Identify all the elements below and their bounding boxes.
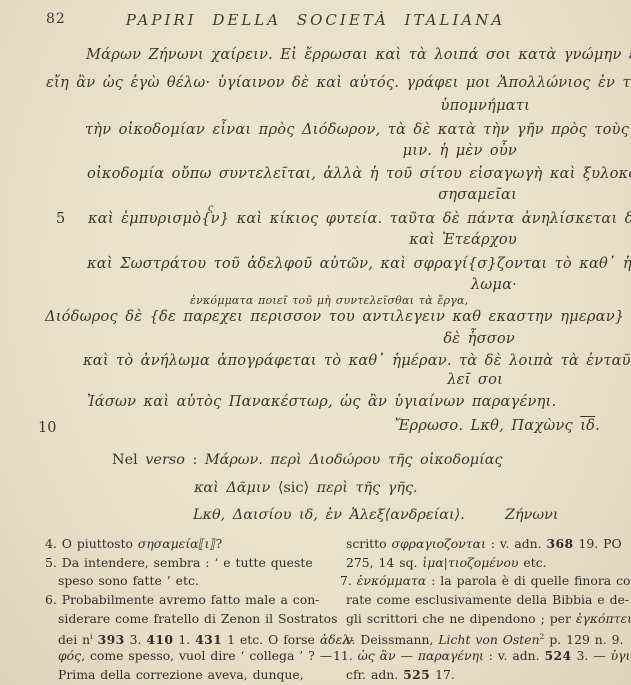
line-number-10: 10 xyxy=(38,420,56,436)
verso-greek: περὶ τῆς γῆς. xyxy=(309,480,418,496)
greek-continuation: ὑπομνήματι xyxy=(441,97,530,114)
greek-text-line: τὴν οἰκοδομίαν εἶναι πρὸς Διόδωρον, τὰ δ… xyxy=(85,121,631,138)
text-segment: Prima della correzione aveva, dunque, xyxy=(58,667,304,682)
text-segment: : v. adn. xyxy=(486,536,547,551)
greek-text-line: Μάρων Ζήνωνι χαίρειν. Εἰ ἔρρωσαι καὶ τὰ … xyxy=(86,46,631,63)
text-segment: 7. xyxy=(340,573,352,588)
text-segment: Da intendere, sembra : ‘ e tutte queste xyxy=(57,555,313,570)
footnote-line: Prima della correzione aveva, dunque, xyxy=(45,666,337,685)
text-segment: gli scrittori che ne dipendono ; per xyxy=(346,611,576,626)
text-segment: scritto xyxy=(346,536,392,551)
footnotes-right-column: scritto σφραγιοζονται : v. adn. 368 19. … xyxy=(333,535,603,685)
interlinear-correction: ἐνκόμματα ποιεῖ τοῦ μὴ συντελεῖσθαι τὰ ἔ… xyxy=(190,294,468,307)
text-segment: ἱμα|τιοζομένου xyxy=(422,555,518,570)
greek-text-segment: . xyxy=(595,417,600,434)
greek-text-line: καὶ ἐμπυρισμὸ{νς} καὶ κίκιος φυτεία. ταῦ… xyxy=(88,210,631,227)
greek-text-line: καὶ Σωστράτου τοῦ ἀδελφοῦ αὐτῶν, καὶ σφρ… xyxy=(87,255,631,272)
footnote-line: 6. Probabilmente avremo fatto male a con… xyxy=(45,591,337,610)
text-segment: 5. xyxy=(45,555,57,570)
verso-greek: Μάρων. περὶ Διοδώρου τῆς οἰκοδομίας xyxy=(205,452,503,468)
greek-text-line: Ἰάσων καὶ αὐτὸς Πανακέστωρ, ὡς ἂν ὑγιαίν… xyxy=(87,393,556,410)
greek-continuation: μιν. ἡ μὲν οὖν xyxy=(403,142,517,159)
text-segment: etc. xyxy=(518,555,546,570)
text-segment: siderare come fratello di Zenon il Sostr… xyxy=(58,611,337,626)
text-segment: σησαμεία⟦ι⟧ xyxy=(138,536,216,551)
greek-text-line: οἰκοδομία οὔπω συντελεῖται, ἀλλὰ ἡ τοῦ σ… xyxy=(87,165,631,182)
footnote-line: v. Deissmann, Licht von Osten2 p. 129 n.… xyxy=(333,628,603,647)
text-segment: 1 etc. O forse xyxy=(222,633,320,648)
greek-text-segment: καὶ ἐμπυρισμὸ{ν xyxy=(88,210,220,227)
footnote-line: 5. Da intendere, sembra : ‘ e tutte ques… xyxy=(45,554,337,573)
text-segment: : la parola è di quelle finora conside- xyxy=(426,573,631,588)
text-segment: p. 129 n. 9. xyxy=(544,633,623,648)
footnote-line: gli scrittori che ne dipendono ; per ἐγκ… xyxy=(333,610,603,629)
footnote-line: 11. ὡς ἂν — παραγένηι : v. adn. 524 3. —… xyxy=(333,647,603,666)
text-segment: 410 xyxy=(146,633,173,648)
verso-greek: καὶ Δᾶμιν xyxy=(194,480,278,496)
book-page: { "header": { "page_number": "82", "titl… xyxy=(0,0,631,685)
text-segment: 525 xyxy=(403,667,430,682)
text-segment: 368 xyxy=(547,536,574,551)
text-segment: , come spesso, vuol dire ‘ collega ’ ? — xyxy=(81,648,332,663)
footnote-line: cfr. adn. 525 17. xyxy=(333,666,603,685)
footnote-line: dei ni 393 3. 410 1. 431 1 etc. O forse … xyxy=(45,628,337,647)
text-segment: 4. xyxy=(45,536,57,551)
text-segment: O piuttosto xyxy=(57,536,138,551)
verso-line: καὶ Δᾶμιν ⟨sic⟩ περὶ τῆς γῆς. xyxy=(194,480,418,496)
greek-text-segment: Ἔρρωσο. Lκθ, Παχὼνς xyxy=(395,417,581,434)
text-segment: ἐγκόπτειν xyxy=(576,611,631,626)
text-segment: Licht von Osten xyxy=(438,633,539,648)
text-segment: 524 xyxy=(545,648,572,663)
footnote-line: 4. O piuttosto σησαμεία⟦ι⟧? xyxy=(45,535,337,554)
text-segment: 6. xyxy=(45,592,57,607)
text-segment: 3. xyxy=(125,633,147,648)
line-number-5: 5 xyxy=(56,211,65,227)
text-segment: σφραγιοζονται xyxy=(392,536,486,551)
text-segment: : v. adn. xyxy=(484,648,545,663)
greek-closing-line: Ἔρρωσο. Lκθ, Παχὼνς ιδ. xyxy=(395,417,600,434)
footnote-line: φός, come spesso, vuol dire ‘ collega ’ … xyxy=(45,647,337,666)
verso-line: Nel verso : Μάρων. περὶ Διοδώρου τῆς οἰκ… xyxy=(112,452,503,468)
text-segment: 11. xyxy=(333,648,353,663)
running-title: PAPIRI DELLA SOCIETÀ ITALIANA xyxy=(0,11,631,29)
text-segment: 275, 14 sq. xyxy=(346,555,422,570)
text-segment: 1. xyxy=(173,633,195,648)
verso-line: Lκθ, Δαισίου ιδ, ἐν Ἀλεξ⟨ανδρείαι⟩. xyxy=(193,507,465,523)
verso-label-italic: verso xyxy=(145,452,185,468)
greek-text-segment: } καὶ κίκιος φυτεία. ταῦτα δὲ πάντα ἀνηλ… xyxy=(220,210,631,227)
verso-signature: Ζήνωνι xyxy=(505,507,559,523)
greek-text-line: εἴη ἂν ὡς ἐγὼ θέλω· ὑγίαινον δὲ καὶ αὐτό… xyxy=(46,74,631,91)
text-segment: 393 xyxy=(98,633,125,648)
greek-continuation: λωμα· xyxy=(471,276,517,293)
greek-continuation: σησαμεῖαι xyxy=(438,186,517,203)
sic-annotation: ⟨sic⟩ xyxy=(278,480,309,496)
footnote-line: scritto σφραγιοζονται : v. adn. 368 19. … xyxy=(333,535,603,554)
footnote-line: 275, 14 sq. ἱμα|τιοζομένου etc. xyxy=(333,554,603,573)
overlined-numeral: ιδ xyxy=(580,417,595,434)
text-segment: cfr. adn. xyxy=(346,667,403,682)
footnote-line: siderare come fratello di Zenon il Sostr… xyxy=(45,610,337,629)
text-segment: dei n xyxy=(58,633,90,648)
text-segment: v. Deissmann, xyxy=(346,633,438,648)
greek-text-line: καὶ τὸ ἀνήλωμα ἀπογράφεται τὸ καθ᾽ ἡμέρα… xyxy=(83,352,631,369)
greek-continuation: καὶ Ἑτεάρχου xyxy=(409,231,517,248)
text-segment: ? xyxy=(216,536,223,551)
greek-text-line: Διόδωρος δὲ {δε παρεχει περισσον του αντ… xyxy=(45,308,631,325)
text-segment: 17. xyxy=(430,667,455,682)
text-segment: 431 xyxy=(195,633,222,648)
text-segment: ὑγιαίνων xyxy=(611,648,631,663)
footnote-line: 7. ἐνκόμματα : la parola è di quelle fin… xyxy=(333,572,603,591)
text-segment: 19. PO xyxy=(574,536,622,551)
verso-label: Nel xyxy=(112,452,145,468)
text-segment: ὡς ἂν — παραγένηι xyxy=(358,648,484,663)
footnote-line: speso sono fatte ’ etc. xyxy=(45,572,337,591)
text-segment: 3. — xyxy=(572,648,611,663)
verso-label-sep: : xyxy=(185,452,205,468)
footnotes-left-column: 4. O piuttosto σησαμεία⟦ι⟧? 5. Da intend… xyxy=(45,535,337,685)
text-segment: ἐνκόμματα xyxy=(357,573,426,588)
footnote-line: rate come esclusivamente della Bibbia e … xyxy=(333,591,603,610)
text-segment: rate come esclusivamente della Bibbia e … xyxy=(346,592,629,607)
text-segment: speso sono fatte ’ etc. xyxy=(58,573,199,588)
greek-continuation: δὲ ἧσσον xyxy=(443,330,515,347)
text-segment: Probabilmente avremo fatto male a con- xyxy=(57,592,320,607)
greek-continuation: λεῖ σοι xyxy=(447,371,503,388)
text-segment: φός xyxy=(58,648,81,663)
